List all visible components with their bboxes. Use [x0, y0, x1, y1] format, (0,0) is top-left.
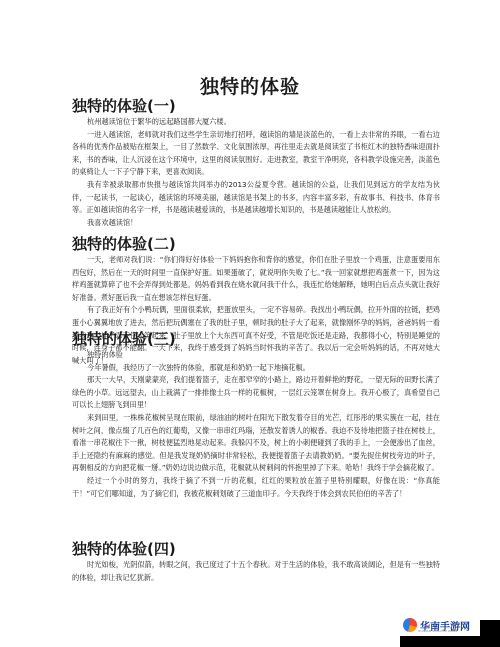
paragraph: 一进入越读馆，老师就对我们这些学生亲切地打招呼，越读馆的墙是淡蓝色的，一看上去非… — [72, 129, 440, 179]
section-heading: 独特的体验(一) — [72, 97, 440, 116]
document-title: 独特的体验 — [0, 72, 500, 99]
section-4: 独特的体验(四) 时光如梭，光阴似箭，转眼之间，我已度过了十五个春秋。对于生活的… — [72, 540, 440, 584]
site-logo-icon — [403, 618, 417, 632]
section-heading: 独特的体验(二) — [72, 235, 440, 254]
paragraph: 经过一个小时的努力，我终于摘了不到一斤的花椒，红红的果粒放在篮子里特别耀眼，好像… — [72, 475, 440, 500]
document-page: 独特的体验 独特的体验(一) 杭州越读馆位于繁华的远起路国都大厦六楼。 一进入越… — [0, 0, 500, 647]
paragraph: 我喜欢越读馆！ — [72, 217, 440, 230]
paragraph: 来到田里，一株株花椒树呈现在眼前，绿油油的树叶在阳光下散发着夺目的光芒，红彤彤的… — [72, 412, 440, 475]
watermark-subtext: HUANAN SHOUYOU WANG — [418, 629, 457, 633]
section-3: 独特的体验(三) 独特的体验 今年暑假，我经历了一次独特的体验，那就是和奶奶一起… — [72, 330, 440, 500]
paragraph: 一天，老师对我们说：“你们得好好体验一下妈妈抱你和背你的感觉，你们在肚子里放一个… — [72, 254, 440, 304]
section-1: 独特的体验(一) 杭州越读馆位于繁华的远起路国都大厦六楼。 一进入越读馆，老师就… — [72, 97, 440, 229]
paragraph: 独特的体验 — [72, 349, 440, 362]
paragraph: 杭州越读馆位于繁华的远起路国都大厦六楼。 — [72, 116, 440, 129]
paragraph: 我有幸被录取都市快报与越读馆共同举办的2013公益夏令营。越读馆的公益，让我们见… — [72, 179, 440, 217]
section-heading: 独特的体验(四) — [72, 540, 440, 559]
paragraph: 今年暑假，我经历了一次独特的体验，那就是和奶奶一起下地摘花椒。 — [72, 362, 440, 375]
watermark: 华南手游网 HUANAN SHOUYOU WANG — [400, 620, 500, 647]
watermark-badge: 华南手游网 HUANAN SHOUYOU WANG — [400, 614, 480, 636]
paragraph: 那天一大早，天刚蒙蒙亮，我们提着篮子，走在那窄窄的小路上，路边开着鲜艳的野花，一… — [72, 374, 440, 412]
paragraph: 时光如梭，光阴似箭，转眼之间，我已度过了十五个春秋。对于生活的体验，我不敢高谈阔… — [72, 559, 440, 584]
section-heading: 独特的体验(三) — [72, 330, 440, 349]
